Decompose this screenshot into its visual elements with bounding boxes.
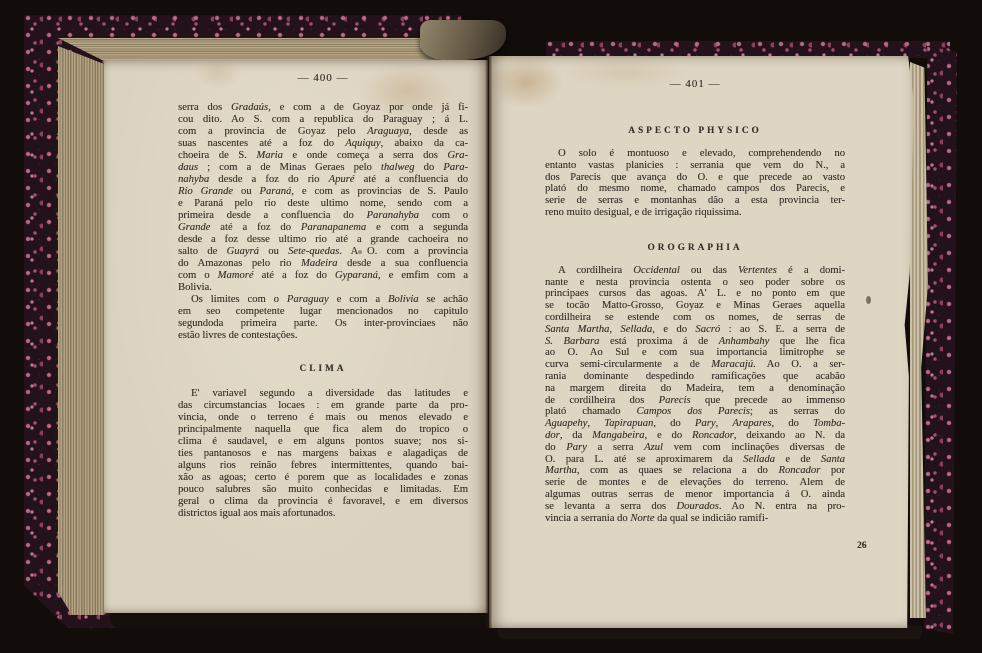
text-line: reno muito desigual, e de irrigação riqu… xyxy=(545,207,845,219)
text-line: de cordilheira dos Parecis que precede a… xyxy=(545,395,845,407)
text-line: vincia, onde o terreno é mais ou menos e… xyxy=(178,412,468,424)
right-cover-top-edge xyxy=(546,41,950,58)
text-line: ties pantanosos e nas margens baixas e a… xyxy=(178,448,468,460)
spine-head xyxy=(420,20,506,60)
text-line: nante e nesta provincia ostenta o seo po… xyxy=(545,277,845,289)
text-line: ao O. Ao Sul e com sua importancia limit… xyxy=(545,347,845,359)
text-line: O solo é montuoso e elevado, comprehende… xyxy=(545,148,845,160)
text-line: rania dominante despedindo ramificações … xyxy=(545,371,845,383)
orographia-heading: OROGRAPHIA xyxy=(545,243,845,255)
page-edge-stack-left xyxy=(58,40,104,615)
text-line: do Pary a serra Azul vem com inclinações… xyxy=(545,442,845,454)
paragraph: Os limites com o Paraguay e com a Bolivi… xyxy=(178,294,468,342)
text-line: se levanta a serra dos Dourados. Ao N. e… xyxy=(545,501,845,513)
text-line: salto de Guayrá ou Sete-quedas. A O. com… xyxy=(178,246,468,258)
text-line: curva semi-circularmente a de Maracajú. … xyxy=(545,359,845,371)
text-line: Martha, com as quaes se relaciona a do R… xyxy=(545,465,845,477)
text-line: nahyba desde a foz do rio Apuré até a co… xyxy=(178,174,468,186)
text-line: E' variavel segundo a diversidade das la… xyxy=(178,388,468,400)
text-line: Rio Grande ou Paraná, e com as provincia… xyxy=(178,186,468,198)
text-line: daus ; com a de Minas Geraes pelo thalwe… xyxy=(178,162,468,174)
text-line: das circumstancias locaes : em grande pa… xyxy=(178,400,468,412)
text-line: dor, da Mangabeira, e do Roncador, deixa… xyxy=(545,430,845,442)
text-line: plató chamado Campos dos Parecis; as ser… xyxy=(545,406,845,418)
text-line: Santa Martha, Sellada, e do Sacró : ao S… xyxy=(545,324,845,336)
text-line: xão as agoas; certo é porem que as local… xyxy=(178,472,468,484)
text-line: cordilheira se estende com os nomes, de … xyxy=(545,312,845,324)
text-line: suas nascentes até a foz do Aquiquy, aba… xyxy=(178,138,468,150)
text-line: vincia a serrania do Norte da qual se in… xyxy=(545,513,845,525)
text-line: se tocão Matto-Grosso, Goyaz e Minas Ger… xyxy=(545,300,845,312)
text-line: e Paraná pelo rio deste ultimo nome, sen… xyxy=(178,198,468,210)
text-line: alguns rios reinão febres intermittentes… xyxy=(178,460,468,472)
page-edge-stack-top xyxy=(58,38,458,61)
page-number-header-401: — 401 — xyxy=(545,78,845,92)
text-line: dos Parecis que avança do O. e que prece… xyxy=(545,172,845,184)
text-line: Aguapehy, Tapirapuan, do Pary, Arapares,… xyxy=(545,418,845,430)
text-line: O. para L. até se aproximarem da Sellada… xyxy=(545,454,845,466)
book-gutter xyxy=(485,56,492,628)
right-page-text: — 401 — ASPECTO PHYSICO O solo é montuos… xyxy=(545,78,845,524)
text-line: districtos igual aos mais afortunados. xyxy=(178,508,468,520)
paragraph: A cordilheira Occidental ou das Vertente… xyxy=(545,265,845,525)
text-line: Bolivia. xyxy=(178,282,468,294)
book-photo: — 400 — serra dos Gradaús, e com a de Go… xyxy=(0,0,982,653)
text-line: Grande até a foz do Paranapanema e com a… xyxy=(178,222,468,234)
text-line: serie de serras e montanhas dão a esta p… xyxy=(545,195,845,207)
paragraph: O solo é montuoso e elevado, comprehende… xyxy=(545,148,845,219)
paragraph: serra dos Gradaús, e com a de Goyaz por … xyxy=(178,102,468,294)
text-line: principaes cursos das agoas. A' L. e no … xyxy=(545,288,845,300)
text-line: entanto vastas planicies : serrania que … xyxy=(545,160,845,172)
clima-heading: CLIMA xyxy=(178,364,468,376)
text-line: S. Barbara está proxima á de Anhambahy q… xyxy=(545,336,845,348)
text-line: serra dos Gradaús, e com a de Goyaz por … xyxy=(178,102,468,114)
text-line: pouco salubres são muito conhecidas e li… xyxy=(178,484,468,496)
text-line: plató do mesmo nome, chamado campos dos … xyxy=(545,183,845,195)
text-line: do Amazonas pelo rio Madeira desde a sua… xyxy=(178,258,468,270)
signature-mark: 26 xyxy=(857,541,867,551)
text-line: geral o clima da provincia é favoravel, … xyxy=(178,496,468,508)
text-line: choeira de S. Maria e onde começa a serr… xyxy=(178,150,468,162)
right-cover-marble xyxy=(924,46,957,634)
page-number-header-400: — 400 — xyxy=(178,72,468,86)
text-line: na margem direita do Madeira, tem a deno… xyxy=(545,383,845,395)
text-line: segundoda primeira parte. Os inter-provi… xyxy=(178,318,468,330)
text-line: clima é saudavel, e em alguns pontos sua… xyxy=(178,436,468,448)
text-line: com o Mamoré até a foz do Gyparaná, e em… xyxy=(178,270,468,282)
text-line: serie de montes e de elevações do terren… xyxy=(545,477,845,489)
text-line: em seo competente lugar mencionados no c… xyxy=(178,306,468,318)
text-line: Os limites com o Paraguay e com a Bolivi… xyxy=(178,294,468,306)
text-line: desde a foz desse ultimo rio até a grand… xyxy=(178,234,468,246)
paragraph: E' variavel segundo a diversidade das la… xyxy=(178,388,468,520)
left-page-text: — 400 — serra dos Gradaús, e com a de Go… xyxy=(178,72,468,520)
aspecto-physico-heading: ASPECTO PHYSICO xyxy=(545,126,845,138)
text-line: algumas outras serras de menor importanc… xyxy=(545,489,845,501)
text-line: A cordilheira Occidental ou das Vertente… xyxy=(545,265,845,277)
text-line: primeira desde a confluencia do Paranahy… xyxy=(178,210,468,222)
text-line: estão livres de contestações. xyxy=(178,330,468,342)
text-line: principalmente naquella que fica alem do… xyxy=(178,424,468,436)
left-cover-bottom-edge xyxy=(110,611,488,628)
text-line: cou dito. Ao S. com a republica do Parag… xyxy=(178,114,468,126)
text-line: com a provincia de Goyaz pelo Araguaya, … xyxy=(178,126,468,138)
